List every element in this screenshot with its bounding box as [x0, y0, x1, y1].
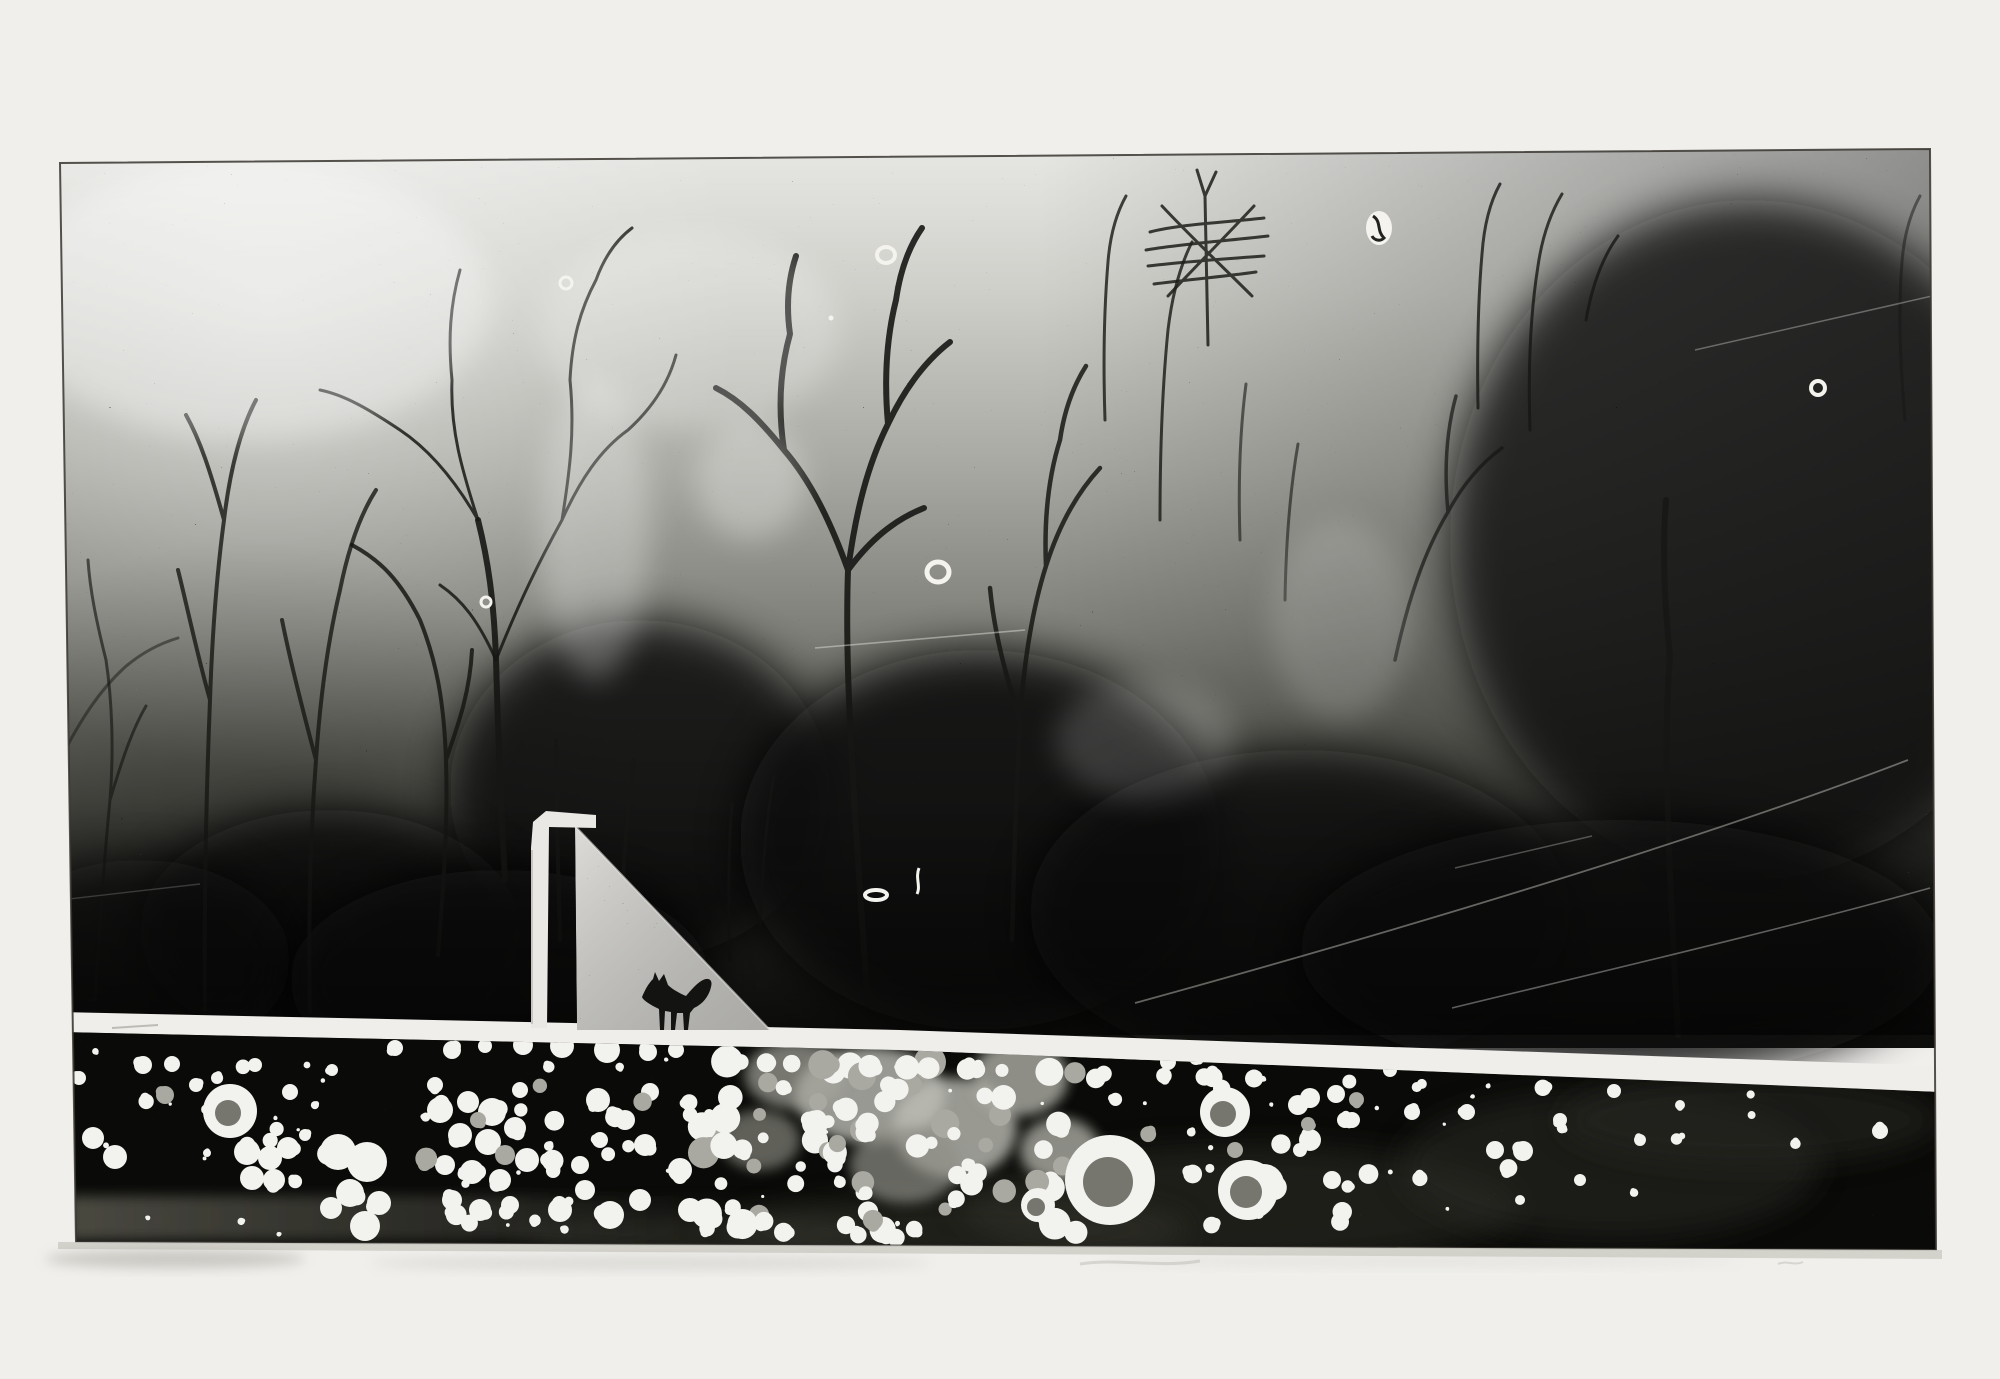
artwork-photo: [0, 0, 2000, 1379]
paper-shadow: [45, 1250, 305, 1268]
print-area: [0, 148, 2000, 1265]
pencil-mark: [1778, 1262, 1803, 1264]
monotype-print-forest-fox: [0, 0, 2000, 1379]
paper-shadow: [370, 1256, 930, 1270]
